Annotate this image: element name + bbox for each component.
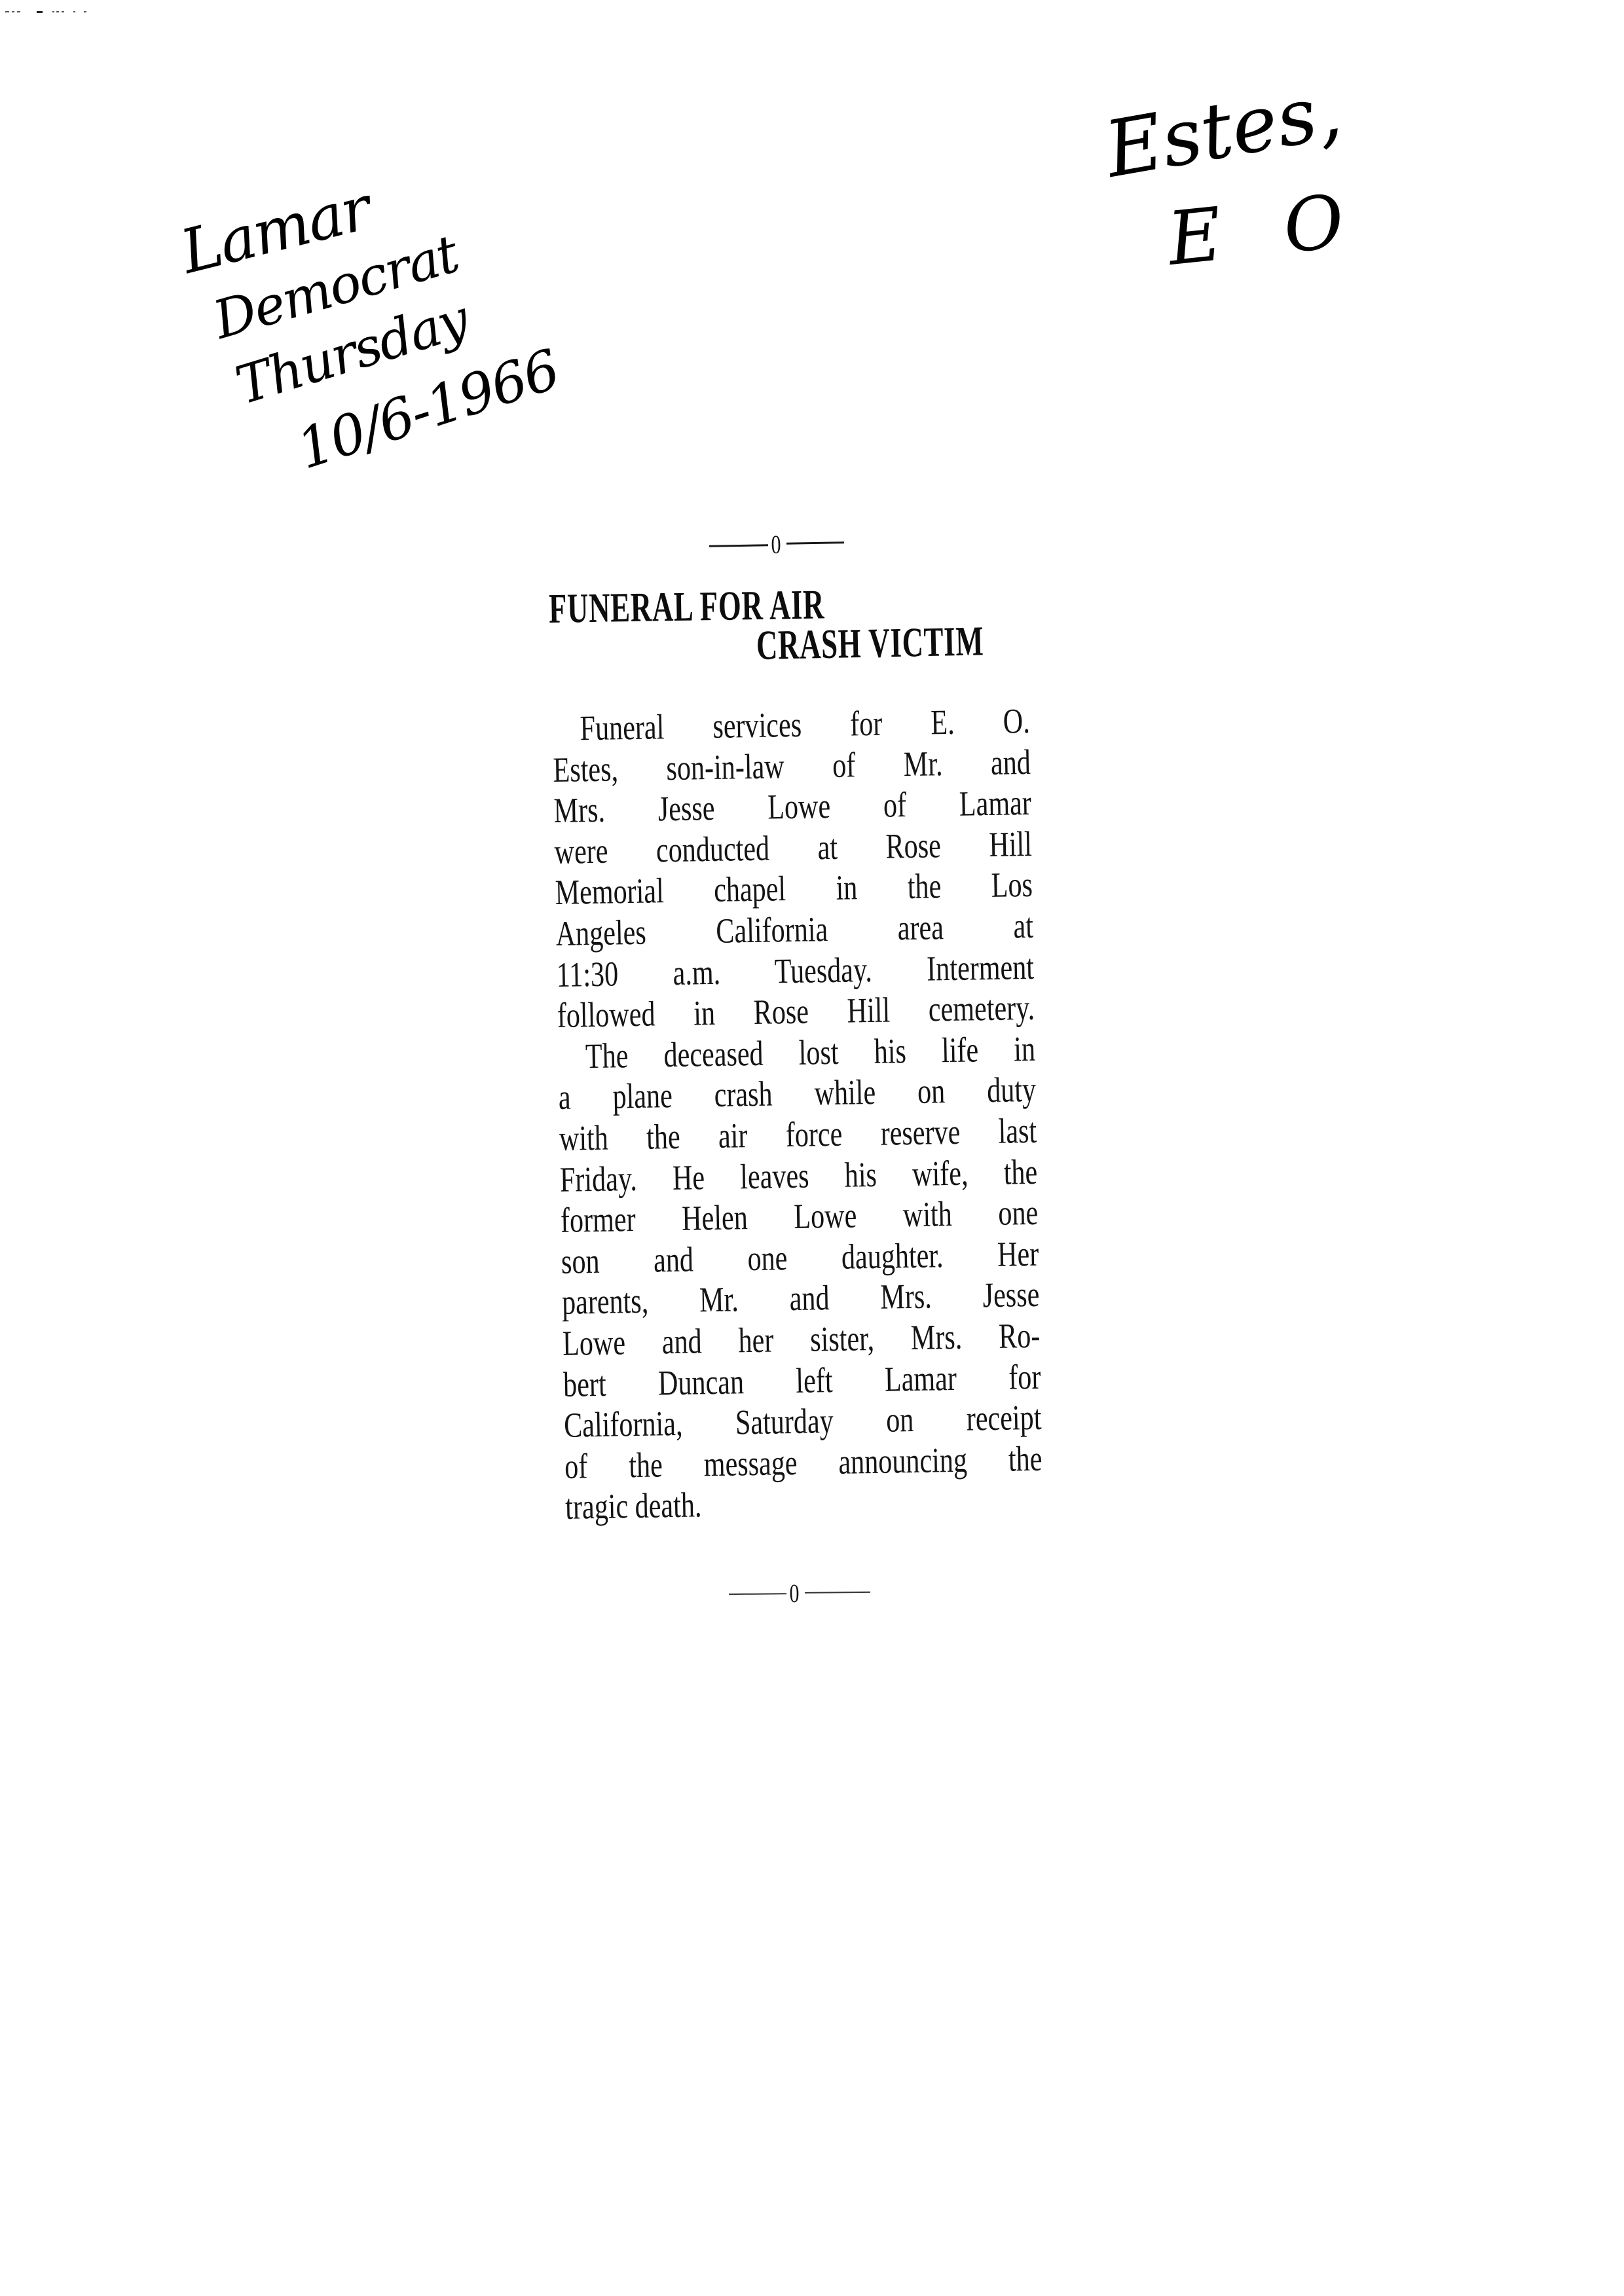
divider-rule-right (805, 1592, 870, 1594)
divider-rule-left (729, 1593, 786, 1595)
divider-rule-right (786, 541, 844, 545)
divider-rule-left (709, 544, 768, 547)
handwritten-subject-note: Estes, E O (1100, 92, 1375, 308)
handwritten-line-initials: E O (1164, 185, 1347, 276)
divider-glyph: 0 (771, 532, 781, 558)
ornament-divider-top: 0 (709, 530, 845, 559)
body-line-last: tragic death. (565, 1479, 1044, 1528)
scanned-page: Lamar Democrat Thursday 10/6-1966 Estes,… (0, 0, 1624, 2296)
divider-glyph: 0 (789, 1580, 799, 1607)
scan-noise-artifact (4, 10, 89, 15)
article-body: Funeral services for E. O. Estes, son-in… (552, 701, 1044, 1528)
headline-line-2: CRASH VICTIM (756, 620, 984, 666)
ornament-divider-bottom: 0 (729, 1580, 870, 1607)
handwritten-source-note: Lamar Democrat Thursday 10/6-1966 (177, 196, 570, 498)
handwritten-line-surname: Estes, (1100, 71, 1347, 189)
